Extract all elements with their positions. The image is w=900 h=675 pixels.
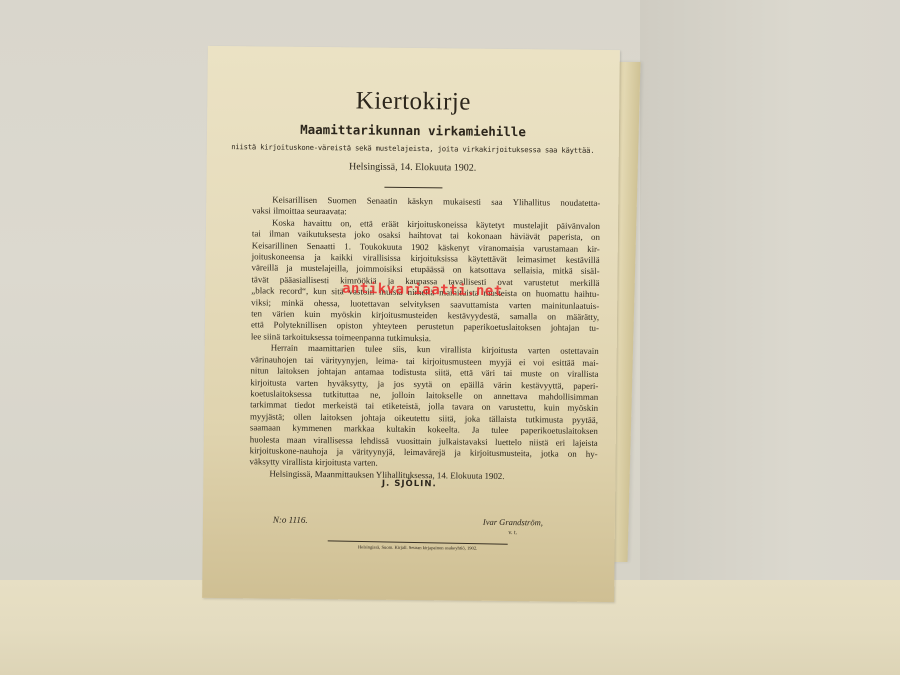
- divider: [384, 187, 442, 189]
- document-page: Kiertokirje Maamittarikunnan virkamiehil…: [202, 46, 620, 602]
- countersign-title: v. t.: [483, 528, 543, 540]
- document-body: Keisarillisen Suomen Senaatin käskyn muk…: [249, 194, 600, 483]
- document-number: N:o 1116.: [273, 515, 308, 525]
- background-wall: [640, 0, 900, 600]
- printer-imprint: Helsingissä, Suom. Kirjall. Seuran kirja…: [328, 544, 508, 551]
- document-description: niistä kirjoituskone-väreistä sekä muste…: [227, 142, 599, 155]
- paragraph: Keisarillisen Suomen Senaatin käskyn muk…: [252, 194, 600, 220]
- document-title: Kiertokirje: [207, 86, 619, 118]
- paragraph: Herrain maamittarien tulee siis, kun vir…: [249, 343, 598, 472]
- document-subtitle: Maamittarikunnan virkamiehille: [207, 121, 619, 140]
- countersign-name: Ivar Grandström,: [483, 517, 543, 528]
- countersignature: Ivar Grandström, v. t.: [483, 517, 543, 540]
- document-dateline: Helsingissä, 14. Elokuuta 1902.: [207, 160, 619, 175]
- watermark: antikvariaatti.net: [342, 281, 503, 300]
